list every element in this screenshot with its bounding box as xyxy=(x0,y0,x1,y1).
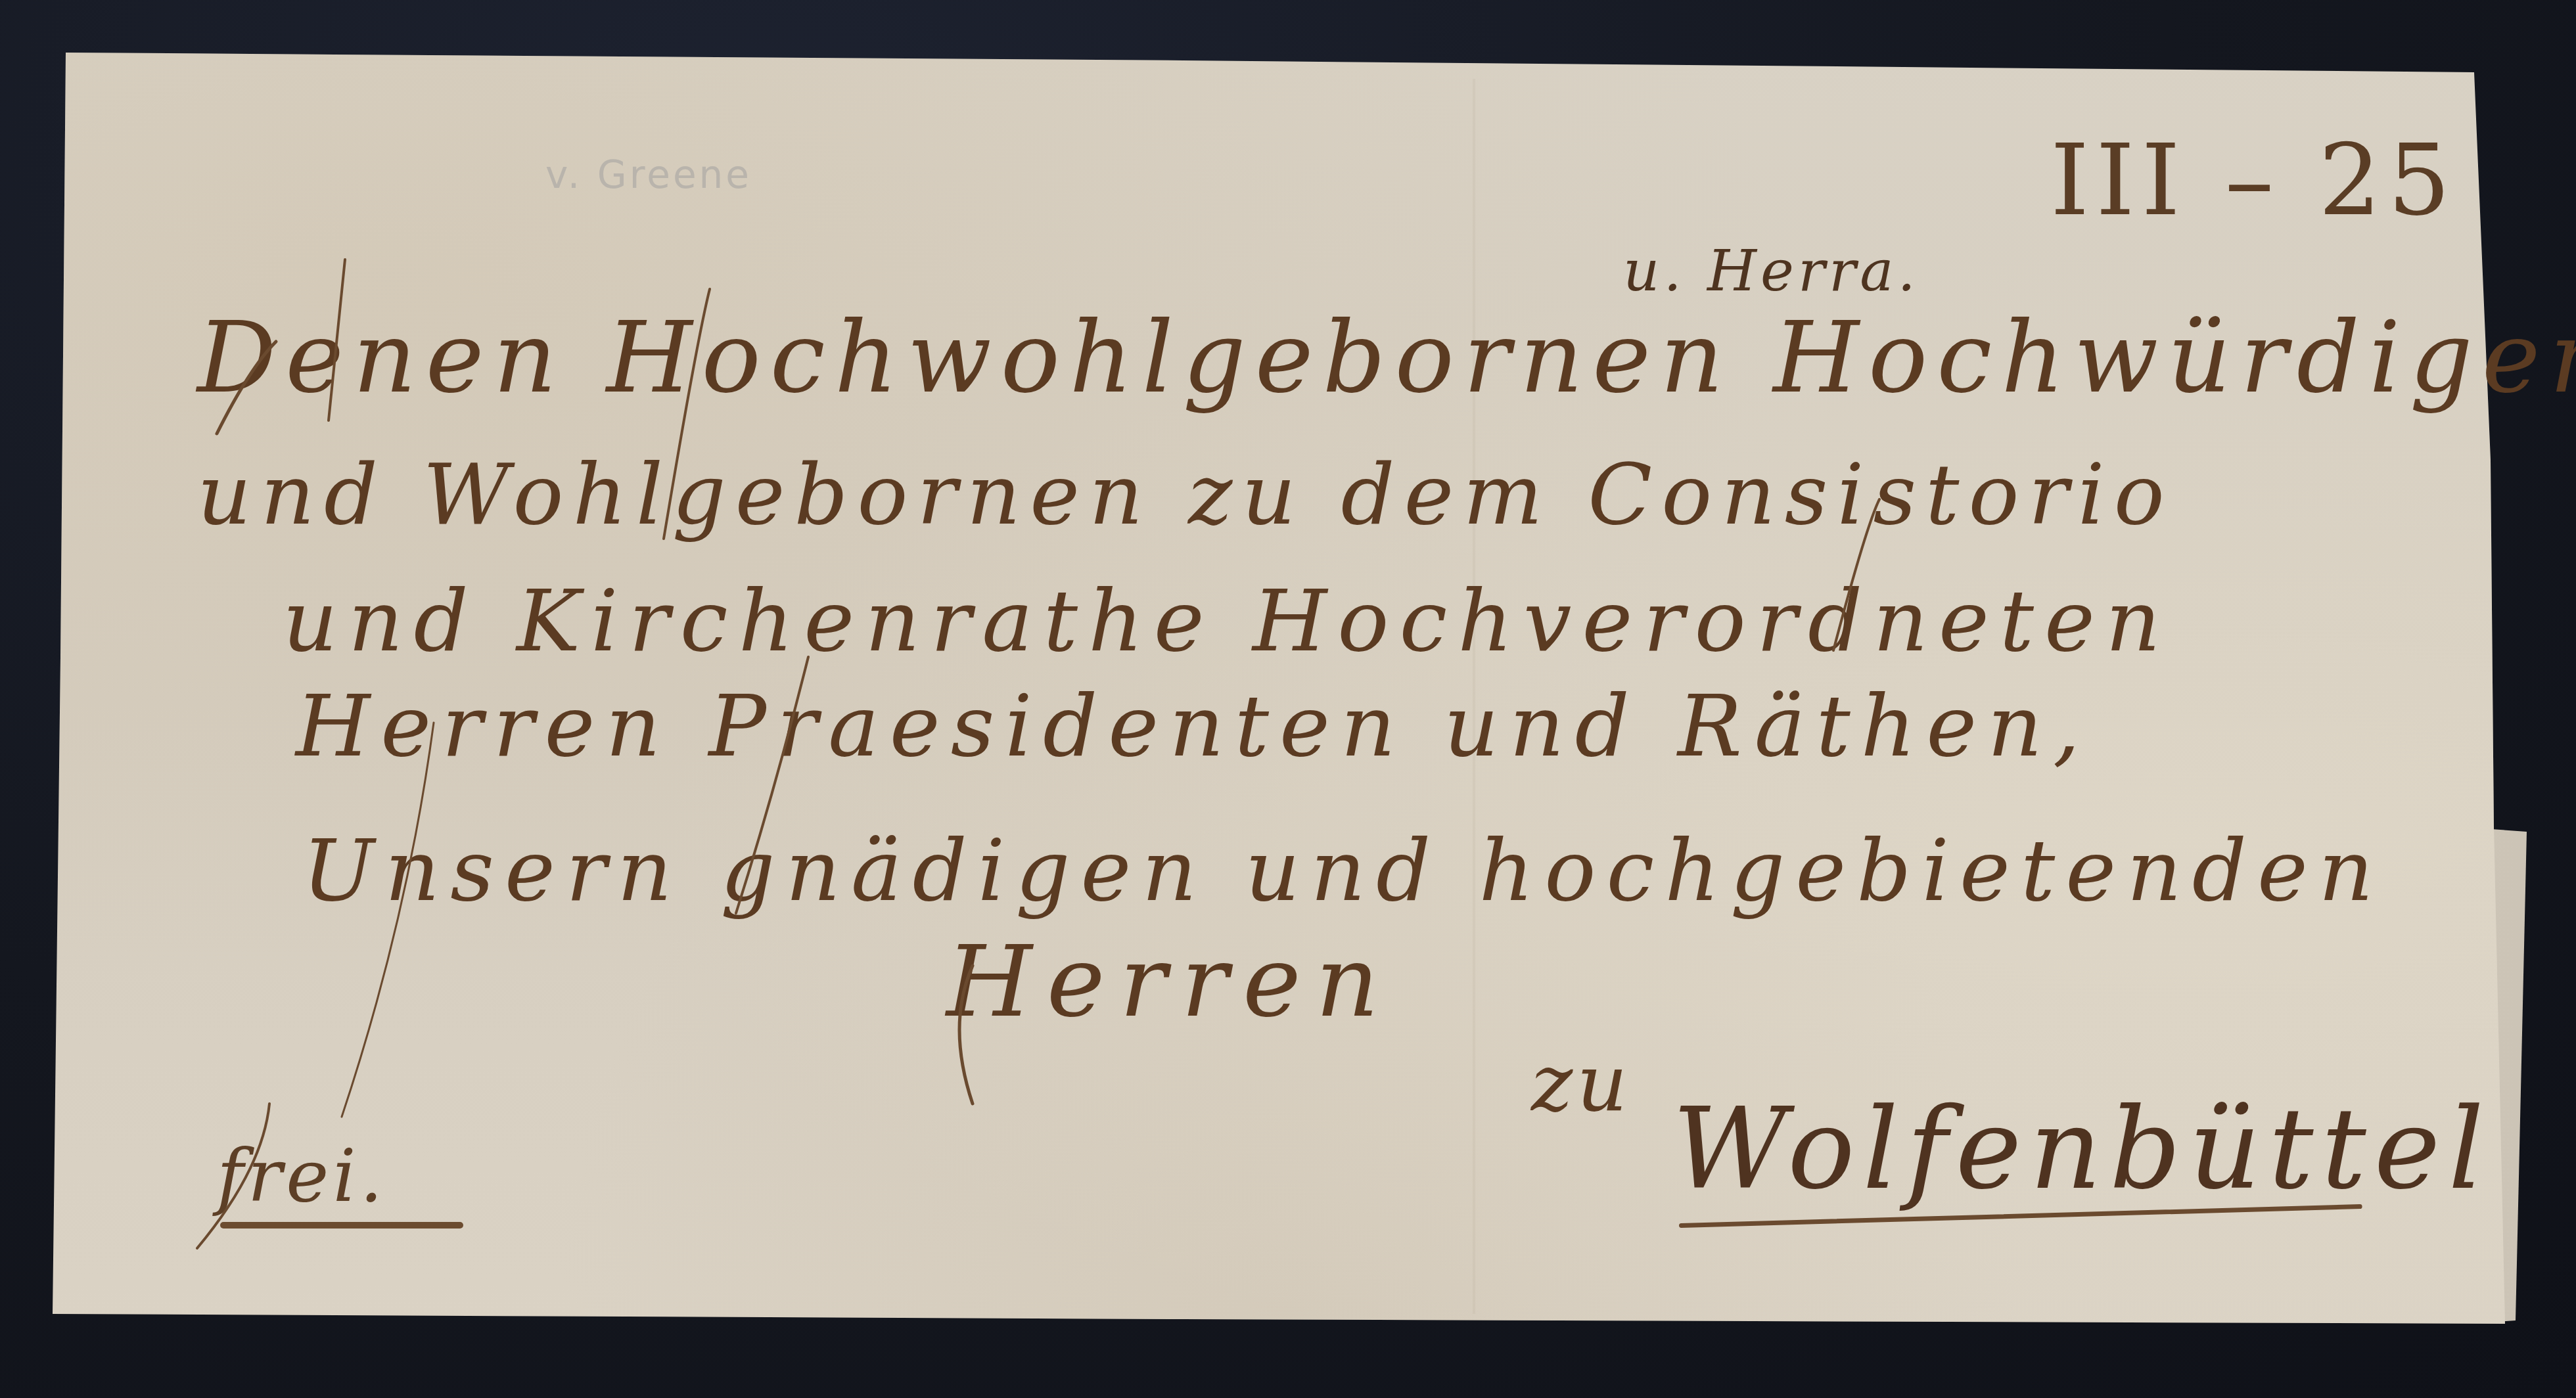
address-line-3: und Kirchenrathe Hochverordneten xyxy=(283,578,2171,664)
pencil-annotation: v. Greene xyxy=(545,152,752,197)
address-line-6: Herren xyxy=(946,933,1393,1031)
address-line-5: Unsern gnädigen und hochgebietenden xyxy=(302,828,2384,913)
postal-note: u. Herra. xyxy=(1623,243,1920,300)
postal-rate: III – 25 xyxy=(2050,131,2457,230)
franking-underline xyxy=(220,1222,463,1229)
address-city: Wolfenbüttel xyxy=(1672,1094,2492,1206)
letter-cover: v. Greene u. Herra. III – 25 Denen Hochw… xyxy=(0,0,2576,1398)
address-line-1: Denen Hochwohlgebornen Hochwürdigen xyxy=(197,309,2576,407)
address-preposition: zu xyxy=(1531,1045,1632,1123)
address-line-4: Herren Praesidenten und Räthen, xyxy=(296,683,2090,769)
franking-note: frei. xyxy=(217,1140,387,1212)
address-line-2: und Wohlgebornen zu dem Consistorio xyxy=(197,453,2174,537)
